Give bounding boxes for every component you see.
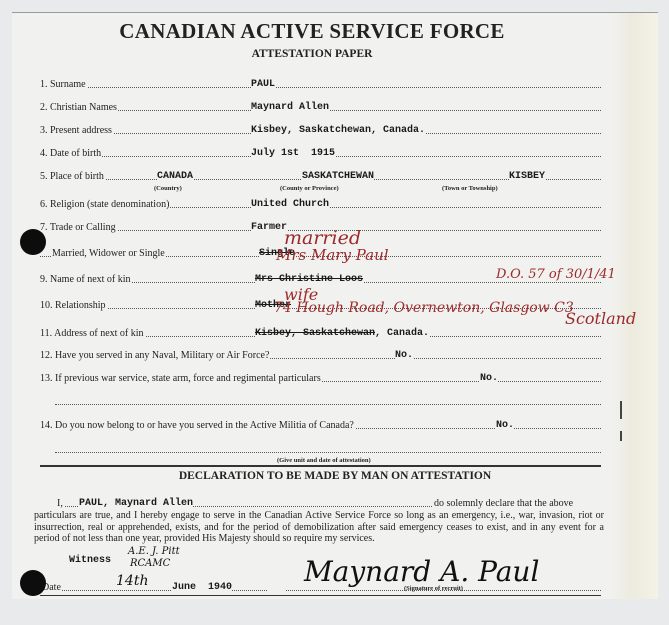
declaration-body: particulars are true, and I hereby engag… [34, 510, 604, 545]
caption-country: (Country) [154, 185, 182, 192]
handwritten-wife-name: Mrs Mary Paul [276, 246, 389, 264]
date-line: Date June 1940 [42, 579, 267, 593]
handwritten-scotland: Scotland [565, 309, 636, 328]
active-militia-value: No. [496, 420, 514, 431]
prior-service-label: Have you served in any Naval, Military o… [55, 350, 269, 361]
field-present-address: 3. Present address Kisbey, Saskatchewan,… [40, 122, 601, 136]
active-militia-label: Do you now belong to or have you served … [55, 420, 354, 431]
marital-status-label: Married, Widower or Single [52, 248, 165, 259]
prior-service-value: No. [395, 350, 413, 361]
field-kin-address: 11. Address of next of kin Kisbey, Saska… [40, 325, 601, 339]
field-christian-names: 2. Christian Names Maynard Allen [40, 99, 601, 113]
signature-caption: (Signature of recruit) [404, 585, 463, 592]
religion-label: Religion (state denomination) [50, 199, 169, 210]
margin-mark [620, 431, 622, 441]
date-of-birth-value: July 1st 1915 [251, 148, 335, 159]
declaration-line1-tail: do solemnly declare that the above [434, 498, 573, 509]
document-subtitle: ATTESTATION PAPER [12, 48, 612, 60]
caption-province: (County or Province) [280, 185, 339, 192]
trade-label: Trade or Calling [50, 222, 116, 233]
declaration-name-line: I, PAUL, Maynard Allen [57, 495, 432, 509]
previous-war-service-label: If previous war service, state arm, forc… [55, 373, 321, 384]
kin-address-value-tail: , Canada. [375, 328, 429, 339]
field-date-of-birth: 4. Date of birth July 1st 1915 [40, 145, 601, 159]
birth-town-value: KISBEY [509, 171, 545, 182]
trade-value: Farmer [251, 222, 287, 233]
birth-country-value: CANADA [157, 171, 193, 182]
next-of-kin-value-struck: Mrs Christine Loos [255, 274, 363, 285]
witness-label: Witness [69, 555, 111, 566]
recruit-signature: Maynard A. Paul [304, 555, 539, 588]
field-previous-war-service: 13. If previous war service, state arm, … [40, 370, 601, 384]
document-title: CANADIAN ACTIVE SERVICE FORCE [12, 19, 612, 44]
bottom-rule [40, 595, 601, 596]
date-of-birth-label: Date of birth [50, 148, 101, 159]
witness-signature: A.E. J. Pitt [128, 546, 180, 557]
place-of-birth-label: Place of birth [50, 171, 104, 182]
date-month-year: June 1940 [172, 582, 232, 593]
field-prior-service: 12. Have you served in any Naval, Milita… [40, 347, 601, 361]
declaration-name: PAUL, Maynard Allen [79, 498, 193, 509]
surname-value: PAUL [251, 79, 275, 90]
field-surname: 1. Surname PAUL [40, 76, 601, 90]
present-address-value: Kisbey, Saskatchewan, Canada. [251, 125, 425, 136]
caption-attestation: (Give unit and date of attestation) [277, 457, 371, 464]
kin-address-label: Address of next of kin [54, 328, 143, 339]
handwritten-kin-address: 74 Hough Road, Overnewton, Glasgow C3 [274, 300, 574, 316]
birth-province-value: SASKATCHEWAN [302, 171, 374, 182]
attestation-paper: CANADIAN ACTIVE SERVICE FORCE ATTESTATIO… [12, 12, 658, 599]
kin-address-value-struck: Kisbey, Saskatchewan [255, 328, 375, 339]
handwritten-daily-order-ref: D.O. 57 of 30/1/41 [496, 267, 616, 282]
previous-war-service-value: No. [480, 373, 498, 384]
witness-unit: RCAMC [130, 558, 170, 569]
surname-label: Surname [50, 79, 86, 90]
relationship-label: Relationship [55, 300, 106, 311]
field-active-militia: 14. Do you now belong to or have you ser… [40, 417, 601, 431]
section-divider [40, 465, 601, 467]
punch-hole [20, 229, 46, 255]
field-place-of-birth: 5. Place of birth CANADA SASKATCHEWAN KI… [40, 168, 601, 182]
blank-line-14 [55, 441, 601, 455]
field-religion: 6. Religion (state denomination) United … [40, 196, 601, 210]
christian-names-label: Christian Names [50, 102, 117, 113]
religion-value: United Church [251, 199, 329, 210]
next-of-kin-label: Name of next of kin [50, 274, 131, 285]
present-address-label: Present address [50, 125, 112, 136]
declaration-title: DECLARATION TO BE MADE BY MAN ON ATTESTA… [12, 470, 658, 482]
blank-line-13 [55, 393, 601, 407]
margin-mark [620, 401, 622, 419]
christian-names-value: Maynard Allen [251, 102, 329, 113]
caption-town: (Town or Township) [442, 185, 498, 192]
punch-hole [20, 570, 46, 596]
date-day: 14th [116, 573, 148, 589]
